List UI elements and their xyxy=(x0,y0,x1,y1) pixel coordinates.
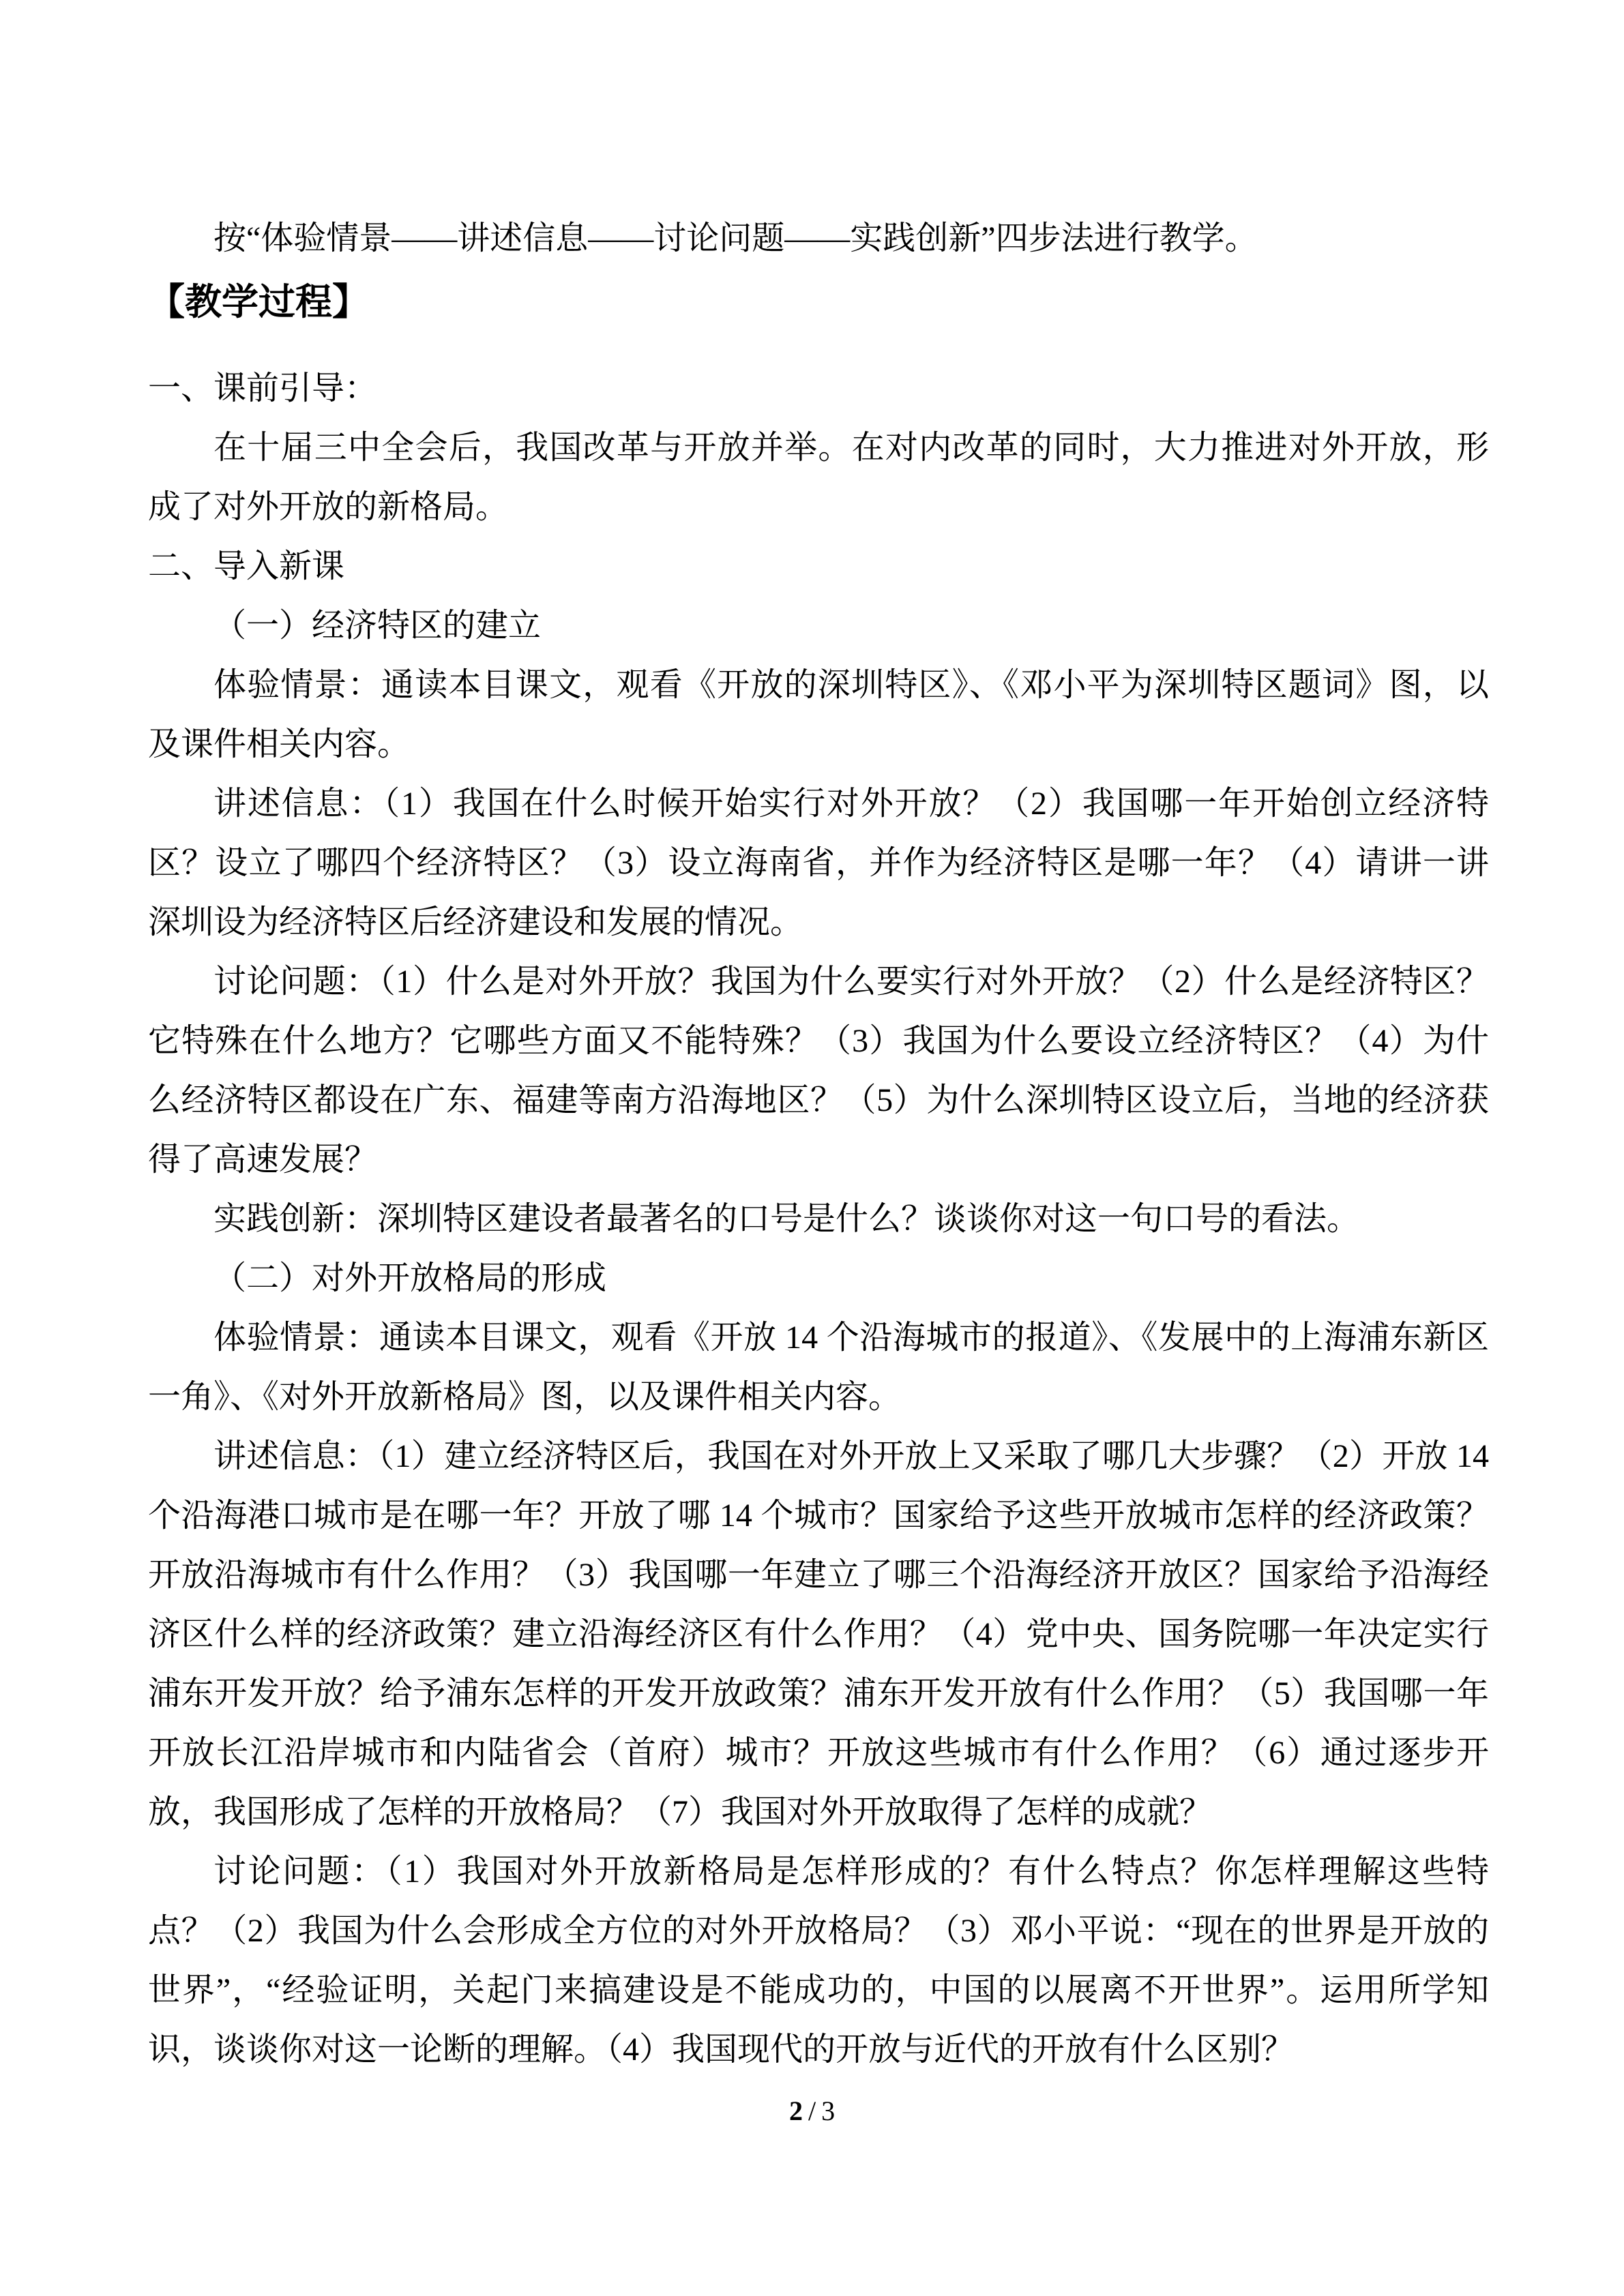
paragraph-subsection-2-title: （二）对外开放格局的形成 xyxy=(148,1249,1489,1308)
paragraph-pre-class-guide: 一、课前引导： xyxy=(148,359,1489,418)
page-number-separator: / xyxy=(803,2096,821,2126)
paragraph-experience-1: 体验情景：通读本目课文，观看《开放的深圳特区》、《邓小平为深圳特区题词》图，以及… xyxy=(148,655,1489,774)
paragraph-new-lesson: 二、导入新课 xyxy=(148,537,1489,596)
paragraph-intro: 按“体验情景——讲述信息——讨论问题——实践创新”四步法进行教学。 xyxy=(148,209,1489,268)
paragraph-discuss-1: 讨论问题：（1）什么是对外开放？我国为什么要实行对外开放？（2）什么是经济特区？… xyxy=(148,952,1489,1189)
paragraph-subsection-1-title: （一）经济特区的建立 xyxy=(148,596,1489,655)
page-number: 2/3 xyxy=(0,2095,1624,2128)
total-page-count: 3 xyxy=(821,2096,835,2126)
document-page: 按“体验情景——讲述信息——讨论问题——实践创新”四步法进行教学。 【教学过程】… xyxy=(0,0,1624,2296)
paragraph-practice-1: 实践创新：深圳特区建设者最著名的口号是什么？谈谈你对这一句口号的看法。 xyxy=(148,1189,1489,1249)
document-body: 按“体验情景——讲述信息——讨论问题——实践创新”四步法进行教学。 【教学过程】… xyxy=(148,209,1489,2079)
paragraph-narrate-2: 讲述信息：（1）建立经济特区后，我国在对外开放上又采取了哪几大步骤？（2）开放 … xyxy=(148,1427,1489,1842)
section-heading-teaching-process: 【教学过程】 xyxy=(148,268,1489,336)
paragraph-discuss-2: 讨论问题：（1）我国对外开放新格局是怎样形成的？有什么特点？你怎样理解这些特点？… xyxy=(148,1842,1489,2079)
paragraph-narrate-1: 讲述信息：（1）我国在什么时候开始实行对外开放？（2）我国哪一年开始创立经济特区… xyxy=(148,774,1489,952)
paragraph-experience-2: 体验情景：通读本目课文，观看《开放 14 个沿海城市的报道》、《发展中的上海浦东… xyxy=(148,1308,1489,1427)
paragraph-pre-class-guide-body: 在十届三中全会后，我国改革与开放并举。在对内改革的同时，大力推进对外开放，形成了… xyxy=(148,418,1489,537)
current-page-number: 2 xyxy=(789,2096,803,2126)
